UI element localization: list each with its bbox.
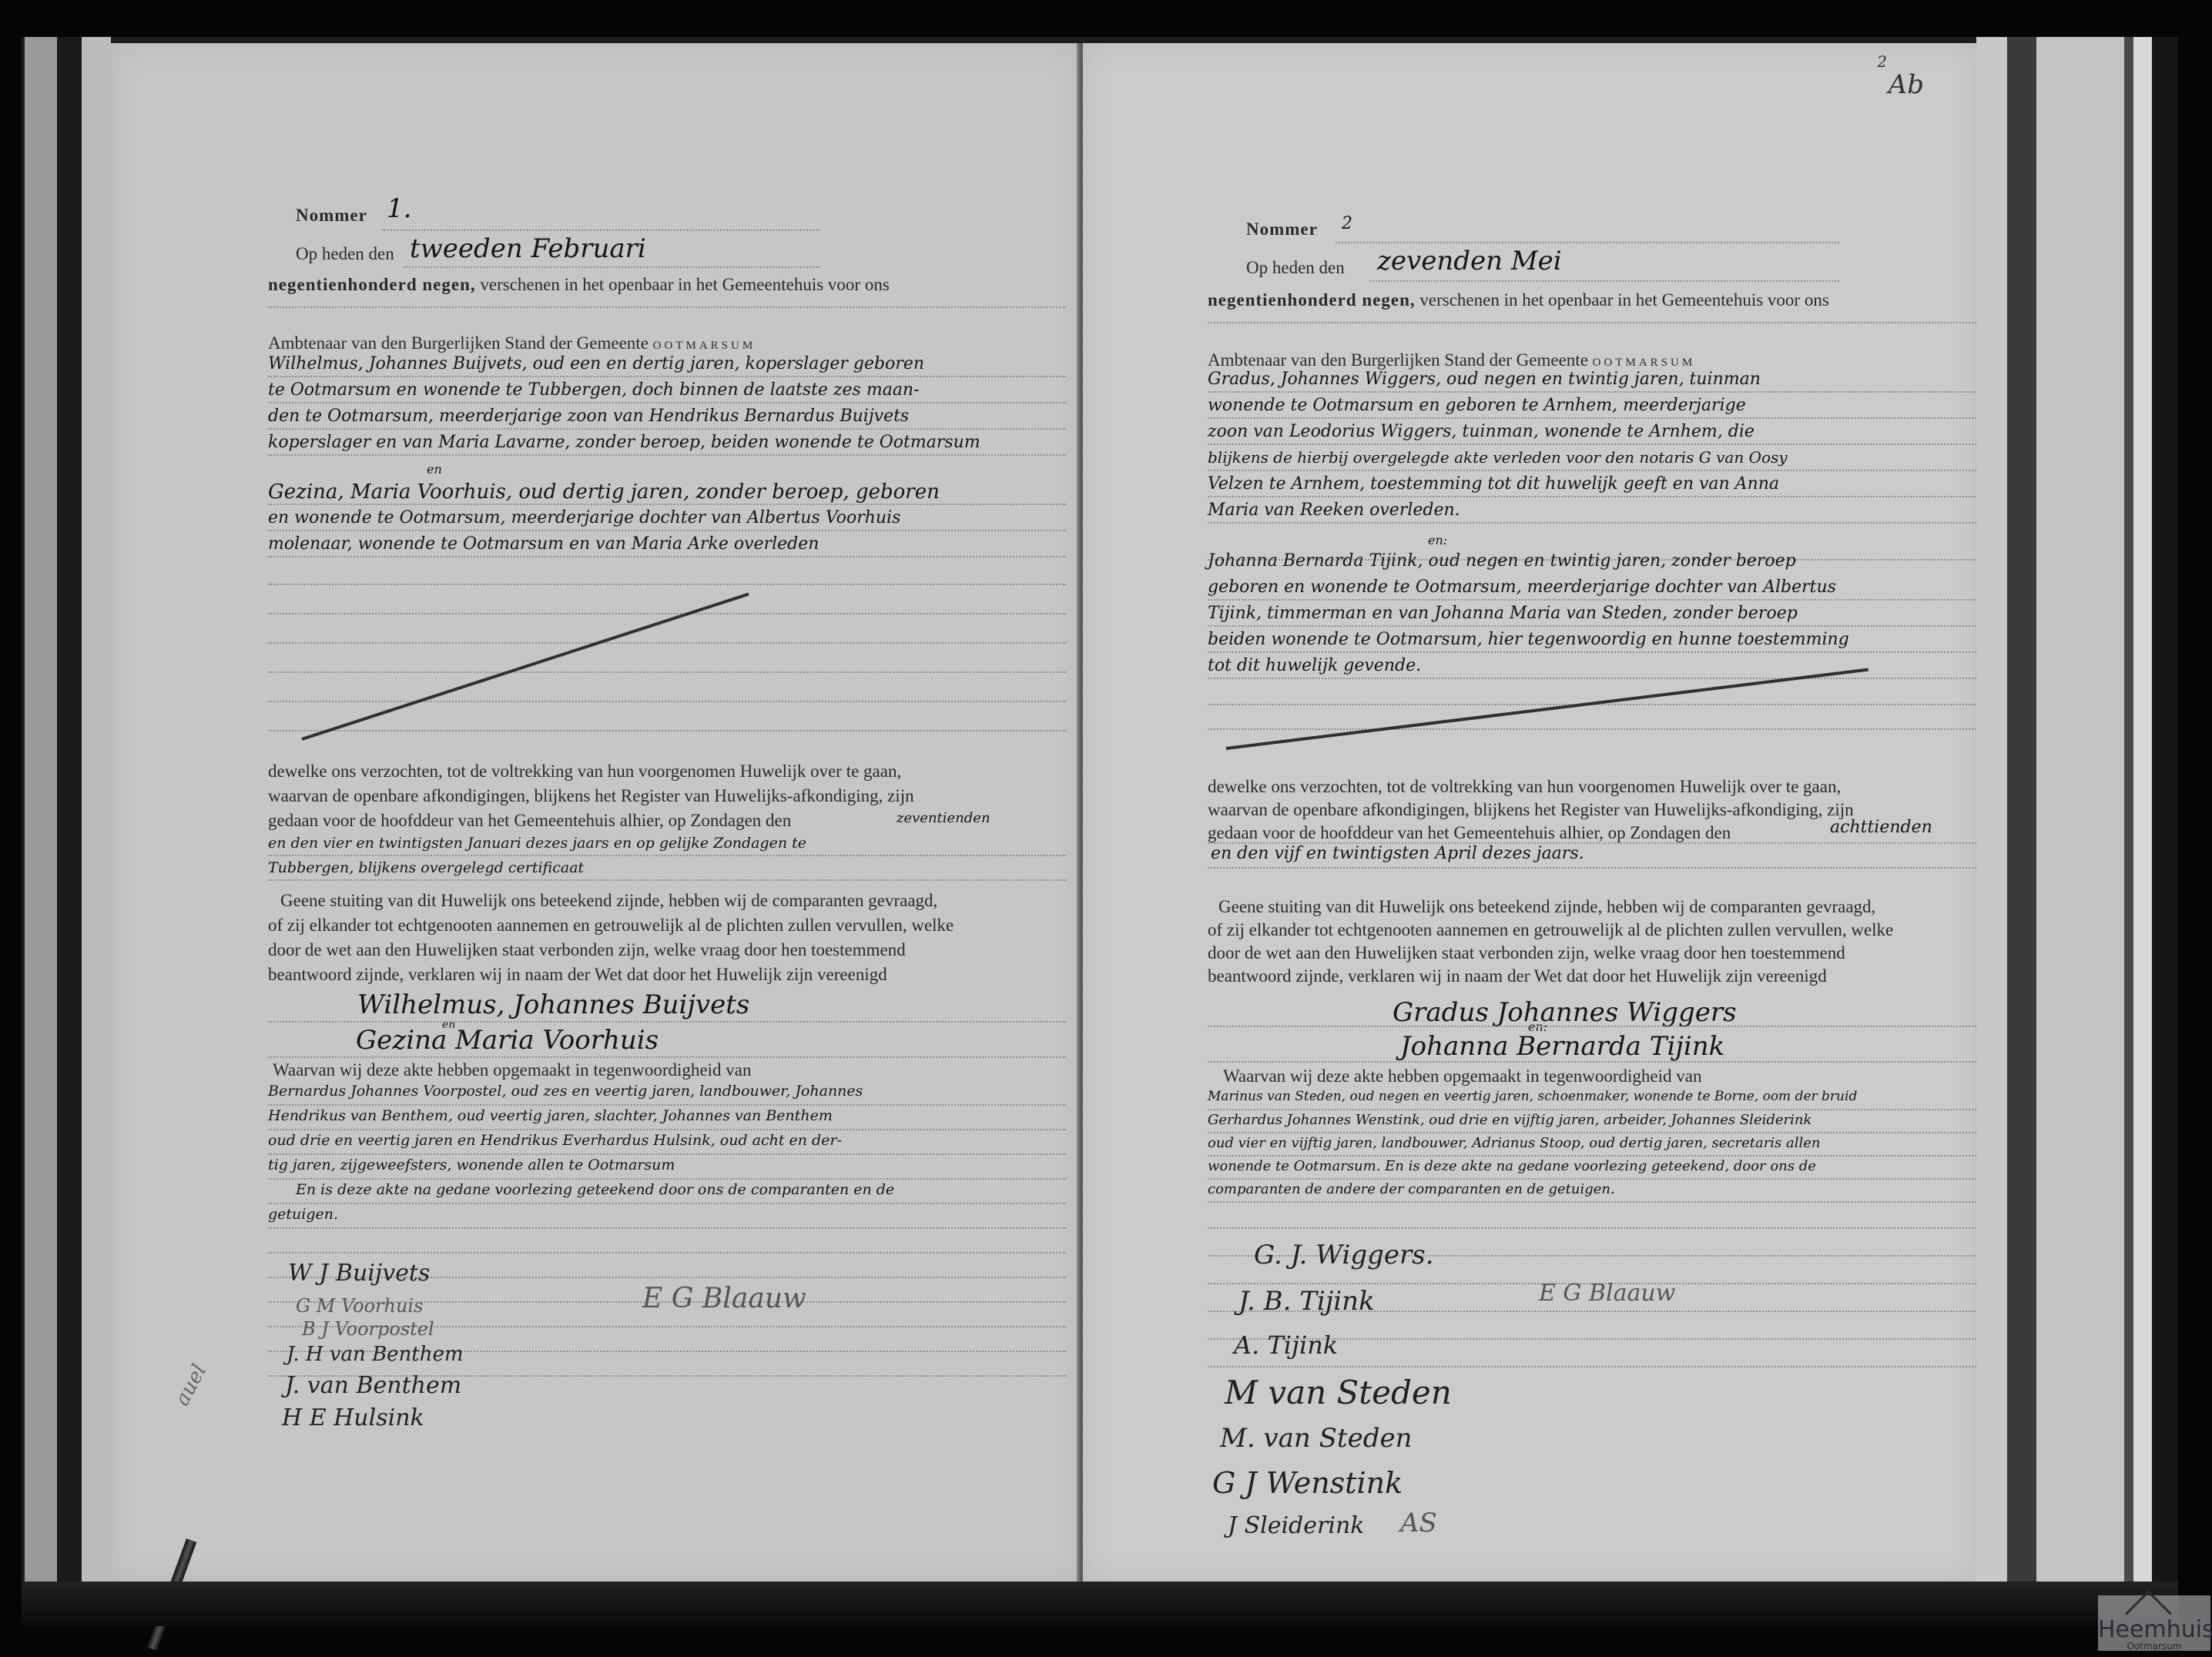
- groom-line-2: wonende te Ootmarsum en geboren te Arnhe…: [1208, 397, 1746, 414]
- printed-para-1-line-1: dewelke ons verzochten, tot de voltrekki…: [1208, 778, 1841, 795]
- groom-line-4: koperslager en van Maria Lavarne, zonder…: [268, 434, 980, 451]
- dotted-rule: [1208, 1061, 1986, 1063]
- dotted-rule: [1208, 625, 1986, 627]
- logo-name: Heemhuis: [2098, 1619, 2210, 1642]
- bride-line-2: en wonende te Ootmarsum, meerderjarige d…: [268, 510, 900, 527]
- dotted-rule: [1208, 496, 1986, 497]
- ambtenaar-line: Ambtenaar van den Burgerlijken Stand der…: [268, 334, 756, 352]
- dotted-rule: [1208, 522, 1986, 524]
- printed-para-2-line-1: Geene stuiting van dit Huwelijk ons bete…: [1218, 898, 1875, 916]
- page-stack-right: [2036, 37, 2126, 1626]
- signature-witness-2: G J Wenstink: [1212, 1466, 1403, 1500]
- cancellation-stroke: [301, 593, 749, 741]
- dotted-rule: [404, 266, 819, 268]
- bride-line-4: beiden wonende te Ootmarsum, hier tegenw…: [1208, 631, 1849, 648]
- dotted-rule: [268, 855, 1066, 856]
- dotted-rule: [1208, 470, 1986, 471]
- groom-line-1: Wilhelmus, Johannes Buijvets, oud een en…: [268, 356, 924, 373]
- cover-right: [2152, 37, 2178, 1626]
- dotted-rule: [268, 879, 1066, 881]
- groom-line-3: den te Ootmarsum, meerderjarige zoon van…: [268, 408, 909, 425]
- dotted-rule: [268, 504, 1066, 505]
- groom-line-2: te Ootmarsum en wonende te Tubbergen, do…: [268, 382, 920, 399]
- witness-line-1: Bernardus Johannes Voorpostel, oud zes e…: [268, 1084, 863, 1099]
- dotted-rule: [1208, 1366, 1986, 1367]
- dotted-rule: [268, 730, 1066, 731]
- dotted-rule: [1369, 280, 1839, 282]
- banns-date-1: achttienden: [1830, 819, 1932, 836]
- groom-line-4: blijkens de hierbij overgelegde akte ver…: [1208, 450, 1788, 465]
- witness-line-4: tig jaren, zijgeweefsters, wonende allen…: [268, 1158, 675, 1173]
- signature-bride: G M Voorhuis: [296, 1295, 423, 1317]
- dotted-rule: [1208, 867, 1986, 869]
- dotted-rule: [1208, 842, 1986, 844]
- record-number: 1.: [387, 196, 411, 222]
- banns-date-3: Tubbergen, blijkens overgelegd certifica…: [268, 861, 584, 875]
- nummer-label: Nommer: [1246, 220, 1318, 238]
- dotted-rule: [268, 1021, 1066, 1023]
- signature-witness-1b: M. van Steden: [1220, 1423, 1412, 1454]
- page-edge-right: [1976, 37, 2007, 1626]
- signature-father-bride: A. Tijink: [1234, 1331, 1338, 1360]
- dotted-rule: [268, 1153, 1066, 1155]
- dotted-rule: [382, 229, 819, 231]
- archive-watermark-logo: Heemhuis Ootmarsum: [2098, 1595, 2210, 1651]
- printed-para-2-line-4: beantwoord zijnde, verklaren wij in naam…: [1208, 967, 1827, 985]
- binding-edge-left: [25, 37, 59, 1626]
- witness-line-5: comparanten de andere der comparanten en…: [1208, 1183, 1615, 1197]
- couple-bride: Johanna Bernarda Tijink: [1400, 1033, 1724, 1059]
- dotted-rule: [268, 1227, 1066, 1229]
- dotted-rule: [268, 642, 1066, 644]
- dotted-rule: [268, 454, 1066, 456]
- dotted-rule: [1208, 322, 1986, 323]
- banns-date-2: en den vier en twintigsten Januari dezes…: [268, 836, 806, 851]
- witness-line-2: Hendrikus van Benthem, oud veertig jaren…: [268, 1109, 833, 1123]
- signature-groom: W J Buijvets: [288, 1260, 430, 1287]
- dotted-rule: [268, 402, 1066, 403]
- printed-para-1-line-3: gedaan voor de hoofddeur van het Gemeent…: [268, 812, 791, 829]
- banns-date-2: en den vijf en twintigsten April dezes j…: [1211, 845, 1584, 862]
- witness-line-2: Gerhardus Johannes Wenstink, oud drie en…: [1208, 1113, 1811, 1127]
- couple-groom: Wilhelmus, Johannes Buijvets: [357, 992, 749, 1018]
- dotted-rule: [1208, 728, 1986, 730]
- waarvan-label: Waarvan wij deze akte hebben opgemaakt i…: [1223, 1067, 1701, 1085]
- dotted-rule: [268, 428, 1066, 430]
- en-mark: en:: [1428, 534, 1447, 547]
- archive-mark: Ab: [1889, 69, 1924, 100]
- dotted-rule: [268, 671, 1066, 673]
- dotted-rule: [268, 1056, 1066, 1058]
- logo-subtitle: Ootmarsum: [2098, 1642, 2210, 1651]
- witness-line-3: oud vier en vijftig jaren, landbouwer, A…: [1208, 1136, 1821, 1150]
- cancellation-stroke: [1226, 668, 1868, 750]
- signature-witness-2: J. H van Benthem: [287, 1343, 464, 1366]
- book-spread: Nommer 1. Op heden den tweeden Februari …: [22, 37, 2178, 1626]
- dotted-rule: [268, 1104, 1066, 1106]
- marriage-date: tweeden Februari: [410, 236, 646, 262]
- dotted-rule: [1208, 1201, 1986, 1203]
- year-line: negentienhonderd negen, verschenen in he…: [1208, 291, 1829, 309]
- signature-bride: J. B. Tijink: [1238, 1286, 1375, 1317]
- closing-line-1: En is deze akte na gedane voorlezing get…: [296, 1183, 894, 1197]
- dotted-rule: [1208, 1132, 1986, 1133]
- printed-para-2-line-2: of zij elkander tot echtgenooten aanneme…: [268, 916, 954, 934]
- gemeente-name: OOTMARSUM: [1593, 357, 1696, 369]
- dotted-rule: [268, 1129, 1066, 1130]
- right-page: 2 Ab Nommer 2 Op heden den zevenden Mei …: [1083, 43, 1978, 1582]
- printed-para-2-line-1: Geene stuiting van dit Huwelijk ons bete…: [280, 892, 937, 909]
- page-stack-left: [82, 37, 111, 1626]
- dotted-rule: [268, 613, 1066, 614]
- official-paraph: AS: [1400, 1508, 1437, 1538]
- gemeente-name: OOTMARSUM: [653, 340, 756, 352]
- dotted-rule: [1208, 444, 1986, 445]
- witness-line-4: wonende te Ootmarsum. En is deze akte na…: [1208, 1160, 1816, 1173]
- record-number: 2: [1342, 216, 1352, 233]
- dotted-rule: [1336, 242, 1839, 243]
- printed-para-2-line-3: door de wet aan den Huwelijken staat ver…: [1208, 944, 1845, 962]
- couple-groom: Gradus Johannes Wiggers: [1393, 999, 1737, 1026]
- bride-line-5: tot dit huwelijk gevende.: [1208, 658, 1421, 675]
- dotted-rule: [268, 1178, 1066, 1180]
- dotted-rule: [1208, 1109, 1986, 1110]
- dotted-rule: [1208, 391, 1986, 393]
- signature-witness-1: B J Voorpostel: [302, 1318, 434, 1340]
- groom-line-5: Velzen te Arnhem, toestemming tot dit hu…: [1208, 476, 1779, 493]
- marriage-date: zevenden Mei: [1377, 248, 1562, 274]
- closing-line-2: getuigen.: [268, 1207, 338, 1222]
- dotted-rule: [268, 556, 1066, 557]
- ambtenaar-line: Ambtenaar van den Burgerlijken Stand der…: [1208, 351, 1695, 369]
- printed-para-2-line-4: beantwoord zijnde, verklaren wij in naam…: [268, 966, 887, 983]
- printed-para-1-line-1: dewelke ons verzochten, tot de voltrekki…: [268, 762, 901, 780]
- dotted-rule: [268, 1203, 1066, 1204]
- bride-line-2: geboren en wonende te Ootmarsum, meerder…: [1208, 579, 1836, 596]
- book-bottom-edge: [22, 1582, 2178, 1626]
- dotted-rule: [268, 530, 1066, 531]
- binding-line-right: [2124, 37, 2133, 1626]
- printed-para-2-line-2: of zij elkander tot echtgenooten aanneme…: [1208, 921, 1893, 939]
- witness-line-3: oud drie en veertig jaren en Hendrikus E…: [268, 1133, 842, 1148]
- bride-line-1: Gezina, Maria Voorhuis, oud dertig jaren…: [268, 482, 940, 502]
- margin-note: auel: [171, 1361, 212, 1409]
- signature-witness-4: H E Hulsink: [282, 1404, 424, 1431]
- dotted-rule: [1208, 678, 1986, 679]
- dotted-rule: [1208, 599, 1986, 601]
- waarvan-label: Waarvan wij deze akte hebben opgemaakt i…: [273, 1061, 751, 1079]
- dotted-rule: [1208, 1178, 1986, 1180]
- op-heden-label: Op heden den: [296, 245, 394, 263]
- op-heden-label: Op heden den: [1246, 259, 1345, 276]
- dotted-rule: [1208, 417, 1986, 419]
- dotted-rule: [1208, 1155, 1986, 1157]
- cover-edge-right: [2133, 37, 2152, 1626]
- printed-para-1-line-2: waarvan de openbare afkondigingen, blijk…: [268, 787, 914, 805]
- nummer-label: Nommer: [296, 206, 367, 224]
- banns-date-1: zeventienden: [897, 812, 990, 825]
- printed-para-1-line-2: waarvan de openbare afkondigingen, blijk…: [1208, 801, 1854, 818]
- printed-para-1-line-3: gedaan voor de hoofddeur van het Gemeent…: [1208, 824, 1731, 842]
- groom-line-1: Gradus, Johannes Wiggers, oud negen en t…: [1208, 371, 1761, 388]
- dotted-rule: [1208, 651, 1986, 653]
- printed-para-2-line-3: door de wet aan den Huwelijken staat ver…: [268, 941, 906, 959]
- dotted-rule: [268, 376, 1066, 377]
- en-mark: en: [427, 464, 442, 476]
- witness-line-1: Marinus van Steden, oud negen en veertig…: [1208, 1090, 1857, 1103]
- signature-official: E G Blaauw: [1539, 1280, 1675, 1307]
- signature-groom: G. J. Wiggers.: [1254, 1240, 1434, 1270]
- dotted-rule: [268, 584, 1066, 585]
- bride-line-1: Johanna Bernarda Tijink, oud negen en tw…: [1208, 553, 1796, 570]
- dotted-rule: [268, 306, 1066, 308]
- binding-strip-right: [2007, 37, 2036, 1626]
- dotted-rule: [268, 1252, 1066, 1254]
- bride-line-3: Tijink, timmerman en van Johanna Maria v…: [1208, 605, 1798, 622]
- signature-witness-3: J Sleiderink: [1228, 1512, 1364, 1539]
- bride-line-3: molenaar, wonende te Ootmarsum en van Ma…: [268, 536, 819, 553]
- groom-line-3: zoon van Leodorius Wiggers, tuinman, won…: [1208, 423, 1755, 440]
- year-line: negentienhonderd negen, verschenen in he…: [268, 276, 890, 293]
- groom-line-6: Maria van Reeken overleden.: [1208, 502, 1460, 519]
- signature-official: E G Blaauw: [642, 1283, 806, 1314]
- page-number-annotation: 2: [1877, 52, 1887, 71]
- couple-bride: Gezina Maria Voorhuis: [356, 1027, 659, 1053]
- dotted-rule: [1208, 1227, 1986, 1229]
- binding-strip-left: [57, 37, 82, 1626]
- dotted-rule: [268, 701, 1066, 702]
- dotted-rule: [1208, 1026, 1986, 1027]
- signature-witness-1: M van Steden: [1225, 1374, 1452, 1411]
- signature-witness-3: J. van Benthem: [285, 1372, 461, 1399]
- left-page: Nommer 1. Op heden den tweeden Februari …: [111, 43, 1081, 1582]
